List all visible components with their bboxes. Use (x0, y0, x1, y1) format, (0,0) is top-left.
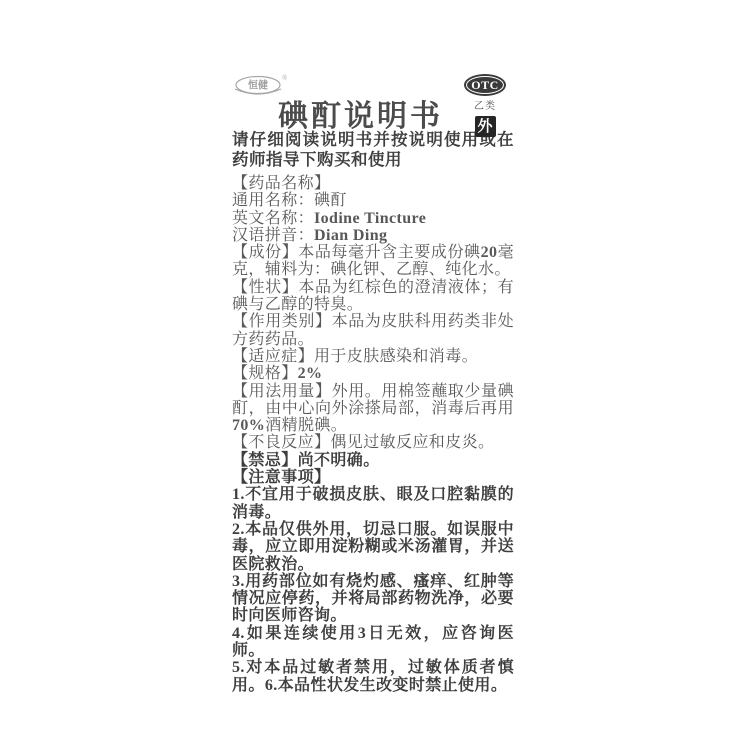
leaflet-paragraph: 英文名称：Iodine Tincture (232, 210, 514, 227)
leaflet-page: 恒健 ® 碘酊说明书 OTC 乙类 外 请仔细阅读说明书并按说明使用或在药师指导… (0, 0, 750, 750)
leaflet-body: 【药品名称】通用名称：碘酊英文名称：Iodine Tincture汉语拼音：Di… (232, 175, 514, 694)
leaflet-paragraph: 【不良反应】偶见过敏反应和皮炎。 (232, 434, 514, 451)
leaflet-paragraph: 【禁忌】尚不明确。 (232, 452, 514, 469)
external-use-badge: 外 (475, 116, 496, 137)
registered-mark: ® (282, 74, 288, 82)
leaflet-paragraph: 【成份】本品每毫升含主要成份碘20毫克，辅料为：碘化钾、乙醇、纯化水。 (232, 244, 514, 279)
brand-name: 恒健 (247, 79, 268, 92)
page-title: 碘酊说明书 (278, 91, 443, 135)
otc-badge-label: OTC (464, 74, 506, 96)
leaflet-paragraph: 【适应症】用于皮肤感染和消毒。 (232, 348, 514, 365)
leaflet-paragraph: 1.不宜用于破损皮肤、眼及口腔黏膜的消毒。 (232, 486, 514, 521)
otc-badge: OTC (464, 74, 506, 96)
leaflet-paragraph: 4.如果连续使用3日无效，应咨询医师。 (232, 625, 514, 660)
leaflet-paragraph: 【作用类别】本品为皮肤科用药类非处方药药品。 (232, 313, 514, 348)
content-column: 恒健 ® 碘酊说明书 OTC 乙类 外 请仔细阅读说明书并按说明使用或在药师指导… (232, 74, 514, 694)
leaflet-paragraph: 【注意事项】 (232, 469, 514, 486)
leaflet-paragraph: 【规格】2% (232, 365, 514, 382)
leaflet-paragraph: 通用名称：碘酊 (232, 192, 514, 209)
leaflet-paragraph: 2.本品仅供外用，切忌口服。如误服中毒，应立即用淀粉糊或米汤灌胃，并送医院救治。 (232, 521, 514, 573)
leaflet-header: 恒健 ® 碘酊说明书 OTC 乙类 外 (232, 74, 514, 130)
leaflet-paragraph: 【性状】本品为红棕色的澄清液体；有碘与乙醇的特臭。 (232, 279, 514, 314)
leaflet-paragraph: 3.用药部位如有烧灼感、瘙痒、红肿等情况应停药，并将局部药物洗净，必要时向医师咨… (232, 573, 514, 625)
leaflet-paragraph: 汉语拼音：Dian Ding (232, 227, 514, 244)
leaflet-paragraph: 【药品名称】 (232, 175, 514, 192)
leaflet-paragraph: 5.对本品过敏者禁用，过敏体质者慎用。6.本品性状发生改变时禁止使用。 (232, 659, 514, 694)
otc-class-label: 乙类 (460, 97, 510, 112)
otc-badge-group: OTC 乙类 外 (460, 74, 510, 137)
leaflet-paragraph: 【用法用量】外用。用棉签蘸取少量碘酊，由中心向外涂搽局部，消毒后再用70%酒精脱… (232, 383, 514, 435)
